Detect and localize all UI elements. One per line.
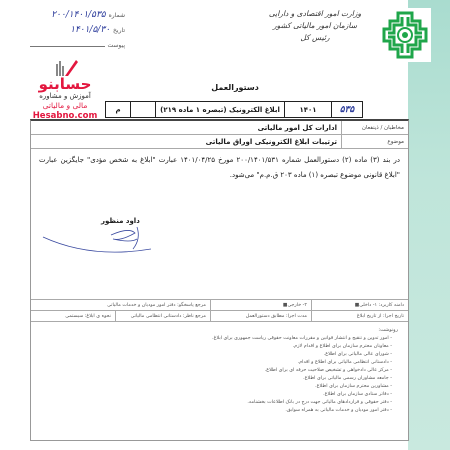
head-title: رئیس کل: [255, 32, 375, 44]
number-label: شماره: [109, 9, 125, 23]
books-icon: [50, 58, 80, 76]
number-value: ۲۰۰/۱۴۰۱/۵۳۵: [51, 8, 105, 22]
brand-name: حسابنو: [30, 76, 100, 92]
ref-type: م: [106, 102, 130, 117]
date-row: تاریخ ۱۴۰۱/۵/۳۰: [30, 23, 125, 38]
cc-item: جامعه مشاوران رسمی مالیاتی برای اطلاع.: [41, 375, 392, 383]
cc-item: مشاورین محترم سازمان برای اطلاع.: [41, 383, 392, 391]
footer-row-1: دامنه کاربرد: ۱- داخلی■ ۲- خارجی■ مرجع پ…: [31, 300, 408, 311]
letter-meta: شماره ۲۰۰/۱۴۰۱/۵۳۵ تاریخ ۱۴۰۱/۵/۳۰ پیوست: [30, 8, 125, 53]
attachment-line: [30, 38, 105, 47]
attachment-label: پیوست: [108, 39, 126, 53]
effective-date: تاریخ اجرا: از تاریخ ابلاغ: [311, 311, 408, 321]
ref-subject: ابلاغ الکترونیک (تبصره ۱ ماده ۲۱۹): [155, 102, 284, 117]
recipients-label: مخاطبان / ذینفعان: [341, 121, 408, 134]
attachment-row: پیوست: [30, 38, 125, 53]
delivery-method: نحوه ی ابلاغ: سیستمی: [31, 311, 115, 321]
cc-item: دفتر امور مودیان و خدمات مالیاتی به همرا…: [41, 407, 392, 415]
cc-item: دفتر حقوقی و قراردادهای مالیاتی جهت درج …: [41, 399, 392, 407]
cc-item: دفاتر ستادی سازمان برای اطلاع.: [41, 391, 392, 399]
cc-item: مرکز عالی دادخواهی و تشخیص صلاحیت حرفه ا…: [41, 367, 392, 375]
ref-year: ۱۴۰۱: [284, 102, 331, 117]
document-title: دستورالعمل: [175, 83, 295, 92]
date-value: ۱۴۰۱/۵/۳۰: [70, 23, 110, 37]
hesabno-watermark: حسابنو آموزش و مشاوره مالی و مالیاتی Hes…: [30, 58, 100, 121]
cc-item: امور تدوین و تنقیح و انتشار قوانین و مقر…: [41, 335, 392, 343]
cc-list: امور تدوین و تنقیح و انتشار قوانین و مقر…: [41, 335, 398, 415]
organization-name: سازمان امور مالیاتی کشور: [255, 20, 375, 32]
brand-tagline-1: آموزش و مشاوره: [30, 92, 100, 101]
subject-label: موضوع: [341, 135, 408, 148]
scope-internal: دامنه کاربرد: ۱- داخلی■: [311, 300, 408, 310]
footer-table: دامنه کاربرد: ۱- داخلی■ ۲- خارجی■ مرجع پ…: [31, 299, 408, 322]
document-body-frame: مخاطبان / ذینفعان ادارات کل امور مالیاتی…: [30, 119, 409, 441]
reference-table: ۵۳۵ ۱۴۰۱ ابلاغ الکترونیک (تبصره ۱ ماده ۲…: [105, 101, 363, 118]
footer-row-2: تاریخ اجرا: از تاریخ ابلاغ مدت اجرا: مطا…: [31, 311, 408, 322]
intamedia-logo-icon: [379, 8, 431, 62]
signatory-name: داود منظور: [101, 217, 140, 225]
cc-item: معاونان محترم سازمان برای اطلاع و اقدام …: [41, 343, 392, 351]
brand-tagline-2: مالی و مالیاتی: [30, 101, 100, 111]
cc-item: شورای عالی مالیاتی برای اطلاع.: [41, 351, 392, 359]
recipients-row: مخاطبان / ذینفعان ادارات کل امور مالیاتی: [31, 121, 408, 135]
instruction-body: در بند (۳) ماده (۲) دستورالعمل شماره ۲۰۰…: [31, 149, 408, 183]
document-page: وزارت امور اقتصادی و دارایی سازمان امور …: [0, 0, 420, 450]
ministry-name: وزارت امور اقتصادی و دارایی: [255, 8, 375, 20]
cc-title: رونوشت:: [41, 326, 398, 334]
execution-duration: مدت اجرا: مطابق دستورالعمل: [210, 311, 311, 321]
number-row: شماره ۲۰۰/۱۴۰۱/۵۳۵: [30, 8, 125, 23]
date-label: تاریخ: [113, 24, 125, 38]
carbon-copy-section: رونوشت: امور تدوین و تنقیح و انتشار قوان…: [31, 323, 408, 415]
ref-number: ۵۳۵: [331, 102, 362, 117]
ref-empty-cell: [130, 102, 155, 117]
recipients-value: ادارات کل امور مالیاتی: [31, 121, 341, 134]
scope-external: ۲- خارجی■: [210, 300, 311, 310]
signature-block: داود منظور: [41, 217, 151, 267]
subject-value: ترتیبات ابلاغ الکترونیکی اوراق مالیاتی: [31, 135, 341, 148]
org-header: وزارت امور اقتصادی و دارایی سازمان امور …: [255, 8, 375, 44]
cc-item: دادستانی انتظامی مالیاتی برای اطلاع و اق…: [41, 359, 392, 367]
response-reference: مرجع پاسخگو: دفتر امور مودیان و خدمات ما…: [31, 300, 210, 310]
supervisor-reference: مرجع ناظر: دادستانی انتظامی مالیاتی: [115, 311, 210, 321]
subject-row: موضوع ترتیبات ابلاغ الکترونیکی اوراق مال…: [31, 135, 408, 149]
